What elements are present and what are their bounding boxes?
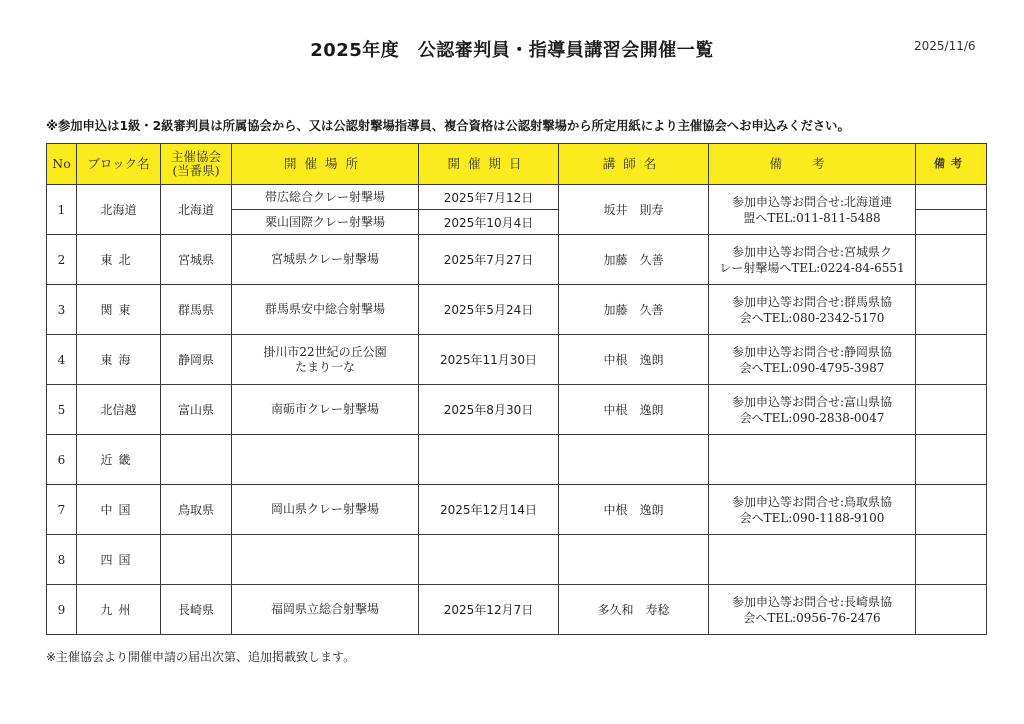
cell-host: [161, 435, 232, 485]
cell-date: 2025年7月27日: [419, 235, 559, 285]
cell-instructor: 中根 逸朗: [559, 335, 709, 385]
cell-remarks-2: [916, 385, 987, 435]
cell-instructor: [559, 535, 709, 585]
cell-date: [419, 535, 559, 585]
cell-venue: 岡山県クレー射撃場: [232, 485, 419, 535]
cell-host: [161, 535, 232, 585]
table-row: 8 四国: [47, 535, 987, 585]
cell-host: 群馬県: [161, 285, 232, 335]
cell-venue: [232, 535, 419, 585]
cell-venue: 南砺市クレー射撃場: [232, 385, 419, 435]
document-title: 2025年度 公認審判員・指導員講習会開催一覧: [0, 36, 1024, 62]
remarks-line2: 会へTEL:090-1188-9100: [709, 510, 915, 526]
remarks-line1: 参加申込等お問合せ:北海道連: [709, 194, 915, 210]
venue-line1: 掛川市22世紀の丘公園: [232, 345, 418, 360]
cell-instructor: 加藤 久善: [559, 235, 709, 285]
footer-note: ※主催協会より開催申請の届出次第、追加掲載致します。: [46, 648, 355, 665]
cell-date: 2025年8月30日: [419, 385, 559, 435]
table-row: 6 近畿: [47, 435, 987, 485]
cell-block: 中国: [77, 485, 161, 535]
cell-no: 5: [47, 385, 77, 435]
remarks-line2: 盟へTEL:011-811-5488: [709, 210, 915, 226]
cell-remarks-2: [916, 185, 987, 210]
cell-host: 富山県: [161, 385, 232, 435]
header-block: ブロック名: [77, 144, 161, 185]
cell-date: 2025年11月30日: [419, 335, 559, 385]
table-row: 9 九州 長崎県 福岡県立総合射撃場 2025年12月7日 多久和 寿稔 参加申…: [47, 585, 987, 635]
cell-venue: 掛川市22世紀の丘公園 たまり一な: [232, 335, 419, 385]
cell-remarks: 参加申込等お問合せ:宮城県ク レー射撃場へTEL:0224-84-6551: [709, 235, 916, 285]
venue-line2: たまり一な: [232, 360, 418, 375]
cell-date: [419, 435, 559, 485]
cell-host: 北海道: [161, 185, 232, 235]
cell-block: 四国: [77, 535, 161, 585]
header-host: 主催協会 (当番県): [161, 144, 232, 185]
remarks-line1: 参加申込等お問合せ:静岡県協: [709, 344, 915, 360]
cell-remarks: 参加申込等お問合せ:鳥取県協 会へTEL:090-1188-9100: [709, 485, 916, 535]
cell-block: 東北: [77, 235, 161, 285]
cell-no: 9: [47, 585, 77, 635]
table-row: 7 中国 鳥取県 岡山県クレー射撃場 2025年12月14日 中根 逸朗 参加申…: [47, 485, 987, 535]
cell-no: 4: [47, 335, 77, 385]
remarks-line2: 会へTEL:0956-76-2476: [709, 610, 915, 626]
cell-remarks-2: [916, 485, 987, 535]
cell-date: 2025年7月12日: [419, 185, 559, 210]
remarks-line1: 参加申込等お問合せ:鳥取県協: [709, 494, 915, 510]
remarks-line1: 参加申込等お問合せ:富山県協: [709, 394, 915, 410]
header-remarks: 備考: [709, 144, 916, 185]
cell-remarks: [709, 435, 916, 485]
cell-remarks: 参加申込等お問合せ:北海道連 盟へTEL:011-811-5488: [709, 185, 916, 235]
cell-no: 1: [47, 185, 77, 235]
schedule-table: No ブロック名 主催協会 (当番県) 開催場所 開催期日 講師名 備考 備考 …: [46, 143, 987, 635]
remarks-line1: 参加申込等お問合せ:長崎県協: [709, 594, 915, 610]
header-remarks-2: 備考: [916, 144, 987, 185]
cell-remarks-2b: [916, 210, 987, 235]
document-date: 2025/11/6: [914, 39, 976, 53]
cell-no: 7: [47, 485, 77, 535]
remarks-line2: 会へTEL:090-2838-0047: [709, 410, 915, 426]
cell-no: 8: [47, 535, 77, 585]
cell-host: 鳥取県: [161, 485, 232, 535]
cell-remarks-2: [916, 535, 987, 585]
cell-instructor: 多久和 寿稔: [559, 585, 709, 635]
table-row: 5 北信越 富山県 南砺市クレー射撃場 2025年8月30日 中根 逸朗 参加申…: [47, 385, 987, 435]
cell-venue: 宮城県クレー射撃場: [232, 235, 419, 285]
cell-no: 6: [47, 435, 77, 485]
cell-no: 3: [47, 285, 77, 335]
cell-block: 関東: [77, 285, 161, 335]
cell-block: 北信越: [77, 385, 161, 435]
header-host-line2: (当番県): [161, 164, 231, 178]
cell-block: 九州: [77, 585, 161, 635]
cell-block: 近畿: [77, 435, 161, 485]
cell-date-2: 2025年10月4日: [419, 210, 559, 235]
cell-instructor: 中根 逸朗: [559, 485, 709, 535]
remarks-line2: 会へTEL:090-4795-3987: [709, 360, 915, 376]
cell-venue: [232, 435, 419, 485]
cell-instructor: 坂井 則寿: [559, 185, 709, 235]
cell-no: 2: [47, 235, 77, 285]
remarks-line2: 会へTEL:080-2342-5170: [709, 310, 915, 326]
cell-host: 長崎県: [161, 585, 232, 635]
table-row: 4 東海 静岡県 掛川市22世紀の丘公園 たまり一な 2025年11月30日 中…: [47, 335, 987, 385]
cell-remarks: 参加申込等お問合せ:富山県協 会へTEL:090-2838-0047: [709, 385, 916, 435]
header-date: 開催期日: [419, 144, 559, 185]
cell-remarks-2: [916, 285, 987, 335]
application-note: ※参加申込は1級・2級審判員は所属協会から、又は公認射撃場指導員、複合資格は公認…: [46, 116, 850, 134]
header-venue: 開催場所: [232, 144, 419, 185]
cell-block: 東海: [77, 335, 161, 385]
cell-venue: 群馬県安中総合射撃場: [232, 285, 419, 335]
remarks-line1: 参加申込等お問合せ:宮城県ク: [709, 244, 915, 260]
remarks-line2: レー射撃場へTEL:0224-84-6551: [709, 260, 915, 276]
cell-remarks: 参加申込等お問合せ:群馬県協 会へTEL:080-2342-5170: [709, 285, 916, 335]
cell-host: 静岡県: [161, 335, 232, 385]
cell-remarks-2: [916, 435, 987, 485]
cell-block: 北海道: [77, 185, 161, 235]
header-no: No: [47, 144, 77, 185]
cell-remarks-2: [916, 335, 987, 385]
header-instructor: 講師名: [559, 144, 709, 185]
cell-venue: 帯広総合クレー射撃場: [232, 185, 419, 210]
table-row: 3 関東 群馬県 群馬県安中総合射撃場 2025年5月24日 加藤 久善 参加申…: [47, 285, 987, 335]
cell-remarks-2: [916, 235, 987, 285]
remarks-line1: 参加申込等お問合せ:群馬県協: [709, 294, 915, 310]
cell-remarks: [709, 535, 916, 585]
cell-date: 2025年12月14日: [419, 485, 559, 535]
cell-remarks: 参加申込等お問合せ:静岡県協 会へTEL:090-4795-3987: [709, 335, 916, 385]
cell-date: 2025年5月24日: [419, 285, 559, 335]
table-row: 2 東北 宮城県 宮城県クレー射撃場 2025年7月27日 加藤 久善 参加申込…: [47, 235, 987, 285]
cell-instructor: 加藤 久善: [559, 285, 709, 335]
header-host-line1: 主催協会: [161, 150, 231, 164]
cell-remarks: 参加申込等お問合せ:長崎県協 会へTEL:0956-76-2476: [709, 585, 916, 635]
header-row: No ブロック名 主催協会 (当番県) 開催場所 開催期日 講師名 備考 備考: [47, 144, 987, 185]
cell-venue: 福岡県立総合射撃場: [232, 585, 419, 635]
cell-remarks-2: [916, 585, 987, 635]
cell-host: 宮城県: [161, 235, 232, 285]
cell-instructor: [559, 435, 709, 485]
cell-instructor: 中根 逸朗: [559, 385, 709, 435]
table-row: 1 北海道 北海道 帯広総合クレー射撃場 2025年7月12日 坂井 則寿 参加…: [47, 185, 987, 210]
cell-venue-2: 栗山国際クレー射撃場: [232, 210, 419, 235]
cell-date: 2025年12月7日: [419, 585, 559, 635]
